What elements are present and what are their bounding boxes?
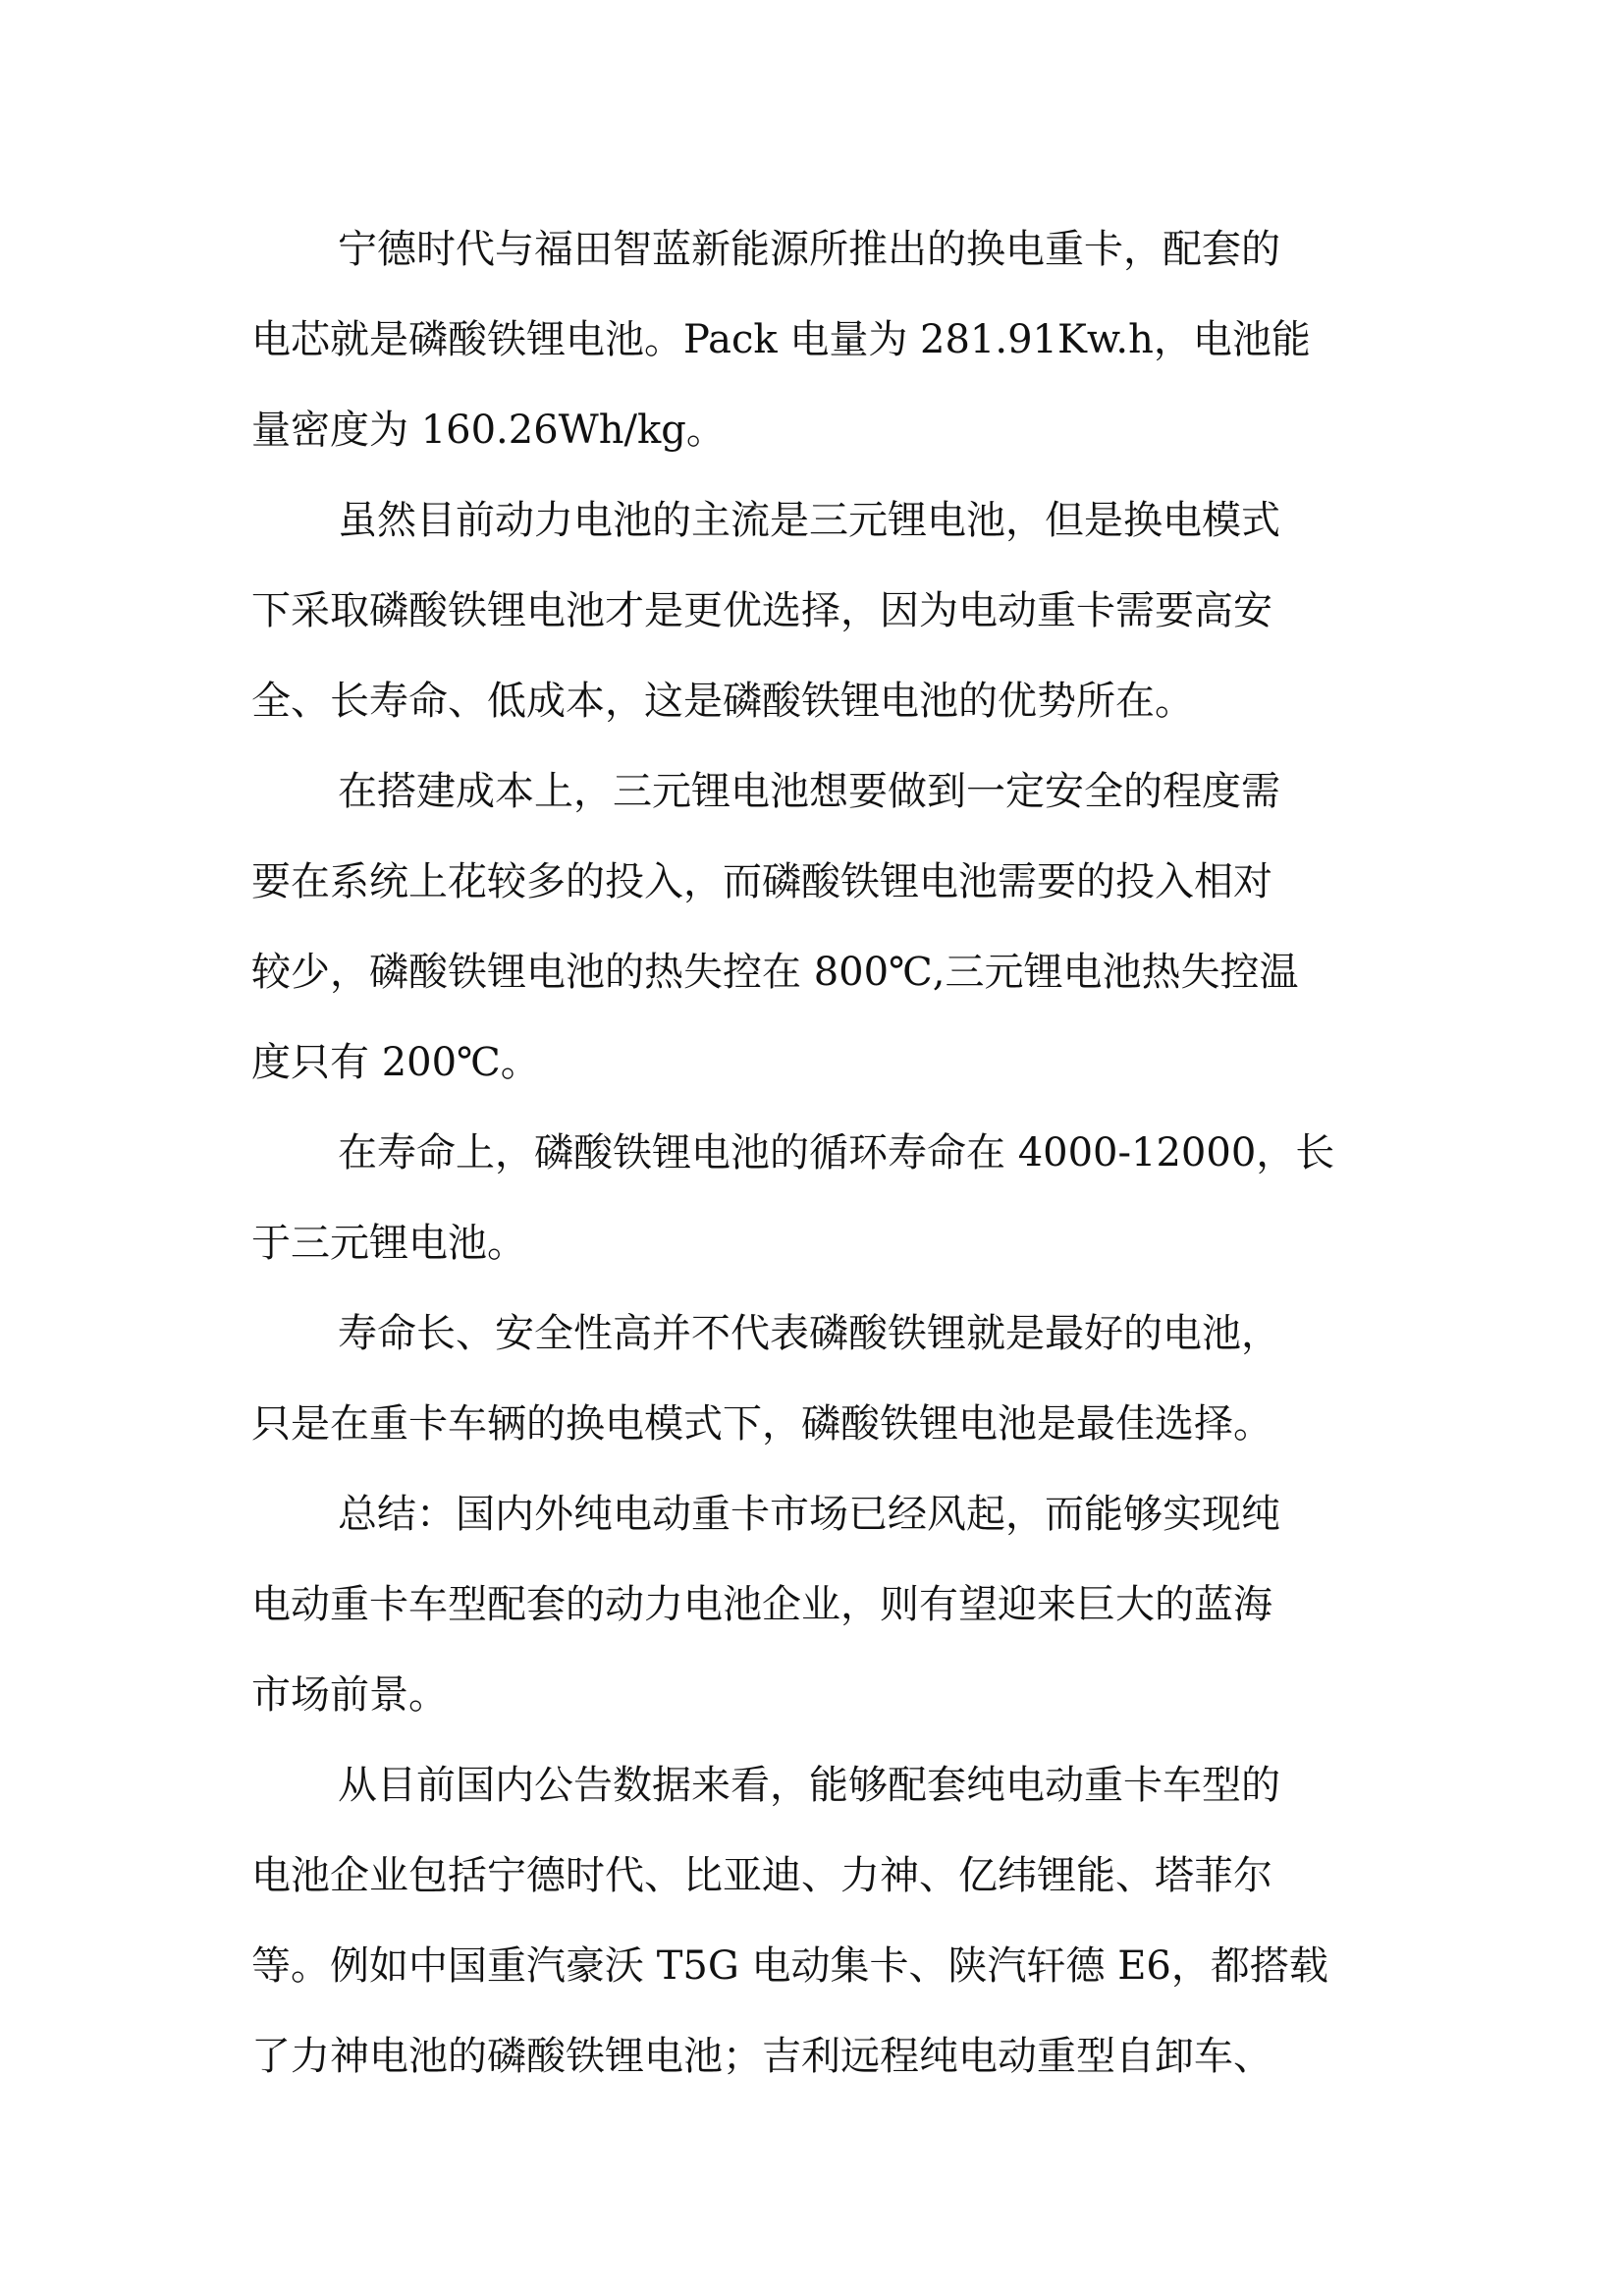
text-line: 只是在重卡车辆的换电模式下，磷酸铁锂电池是最佳选择。: [251, 1379, 1390, 1469]
text-line: 了力神电池的磷酸铁锂电池；吉利远程纯电动重型自卸车、: [251, 2011, 1390, 2102]
text-line: 寿命长、安全性高并不代表磷酸铁锂就是最好的电池，: [251, 1288, 1390, 1379]
paragraph-best-choice: 寿命长、安全性高并不代表磷酸铁锂就是最好的电池， 只是在重卡车辆的换电模式下，磷…: [251, 1288, 1390, 1469]
paragraph-catl-foton: 宁德时代与福田智蓝新能源所推出的换电重卡，配套的 电芯就是磷酸铁锂电池。Pack…: [251, 204, 1390, 475]
text-line: 要在系统上花较多的投入，而磷酸铁锂电池需要的投入相对: [251, 837, 1390, 927]
paragraph-cost: 在搭建成本上，三元锂电池想要做到一定安全的程度需 要在系统上花较多的投入，而磷酸…: [251, 746, 1390, 1108]
text-line: 电池企业包括宁德时代、比亚迪、力神、亿纬锂能、塔菲尔: [251, 1831, 1390, 1921]
text-line: 下采取磷酸铁锂电池才是更优选择，因为电动重卡需要高安: [251, 566, 1390, 656]
document-page: 宁德时代与福田智蓝新能源所推出的换电重卡，配套的 电芯就是磷酸铁锂电池。Pack…: [251, 204, 1390, 2102]
text-line: 宁德时代与福田智蓝新能源所推出的换电重卡，配套的: [251, 204, 1390, 295]
text-line: 于三元锂电池。: [251, 1198, 1390, 1288]
paragraph-lifespan: 在寿命上，磷酸铁锂电池的循环寿命在 4000-12000，长 于三元锂电池。: [251, 1108, 1390, 1288]
paragraph-lfp-vs-ternary: 虽然目前动力电池的主流是三元锂电池，但是换电模式 下采取磷酸铁锂电池才是更优选择…: [251, 475, 1390, 746]
text-line: 度只有 200℃。: [251, 1017, 1390, 1108]
text-line: 从目前国内公告数据来看，能够配套纯电动重卡车型的: [251, 1740, 1390, 1831]
text-line: 量密度为 160.26Wh/kg。: [251, 385, 1390, 475]
text-line: 电芯就是磷酸铁锂电池。Pack 电量为 281.91Kw.h，电池能: [251, 295, 1390, 385]
text-line: 总结：国内外纯电动重卡市场已经风起，而能够实现纯: [251, 1469, 1390, 1559]
text-line: 较少，磷酸铁锂电池的热失控在 800℃,三元锂电池热失控温: [251, 927, 1390, 1017]
text-line: 在搭建成本上，三元锂电池想要做到一定安全的程度需: [251, 746, 1390, 837]
text-line: 市场前景。: [251, 1650, 1390, 1740]
text-line: 等。例如中国重汽豪沃 T5G 电动集卡、陕汽轩德 E6，都搭载: [251, 1921, 1390, 2011]
text-line: 电动重卡车型配套的动力电池企业，则有望迎来巨大的蓝海: [251, 1559, 1390, 1650]
text-line: 在寿命上，磷酸铁锂电池的循环寿命在 4000-12000，长: [251, 1108, 1390, 1198]
text-line: 虽然目前动力电池的主流是三元锂电池，但是换电模式: [251, 475, 1390, 566]
text-line: 全、长寿命、低成本，这是磷酸铁锂电池的优势所在。: [251, 656, 1390, 746]
paragraph-battery-suppliers: 从目前国内公告数据来看，能够配套纯电动重卡车型的 电池企业包括宁德时代、比亚迪、…: [251, 1740, 1390, 2102]
paragraph-summary: 总结：国内外纯电动重卡市场已经风起，而能够实现纯 电动重卡车型配套的动力电池企业…: [251, 1469, 1390, 1740]
